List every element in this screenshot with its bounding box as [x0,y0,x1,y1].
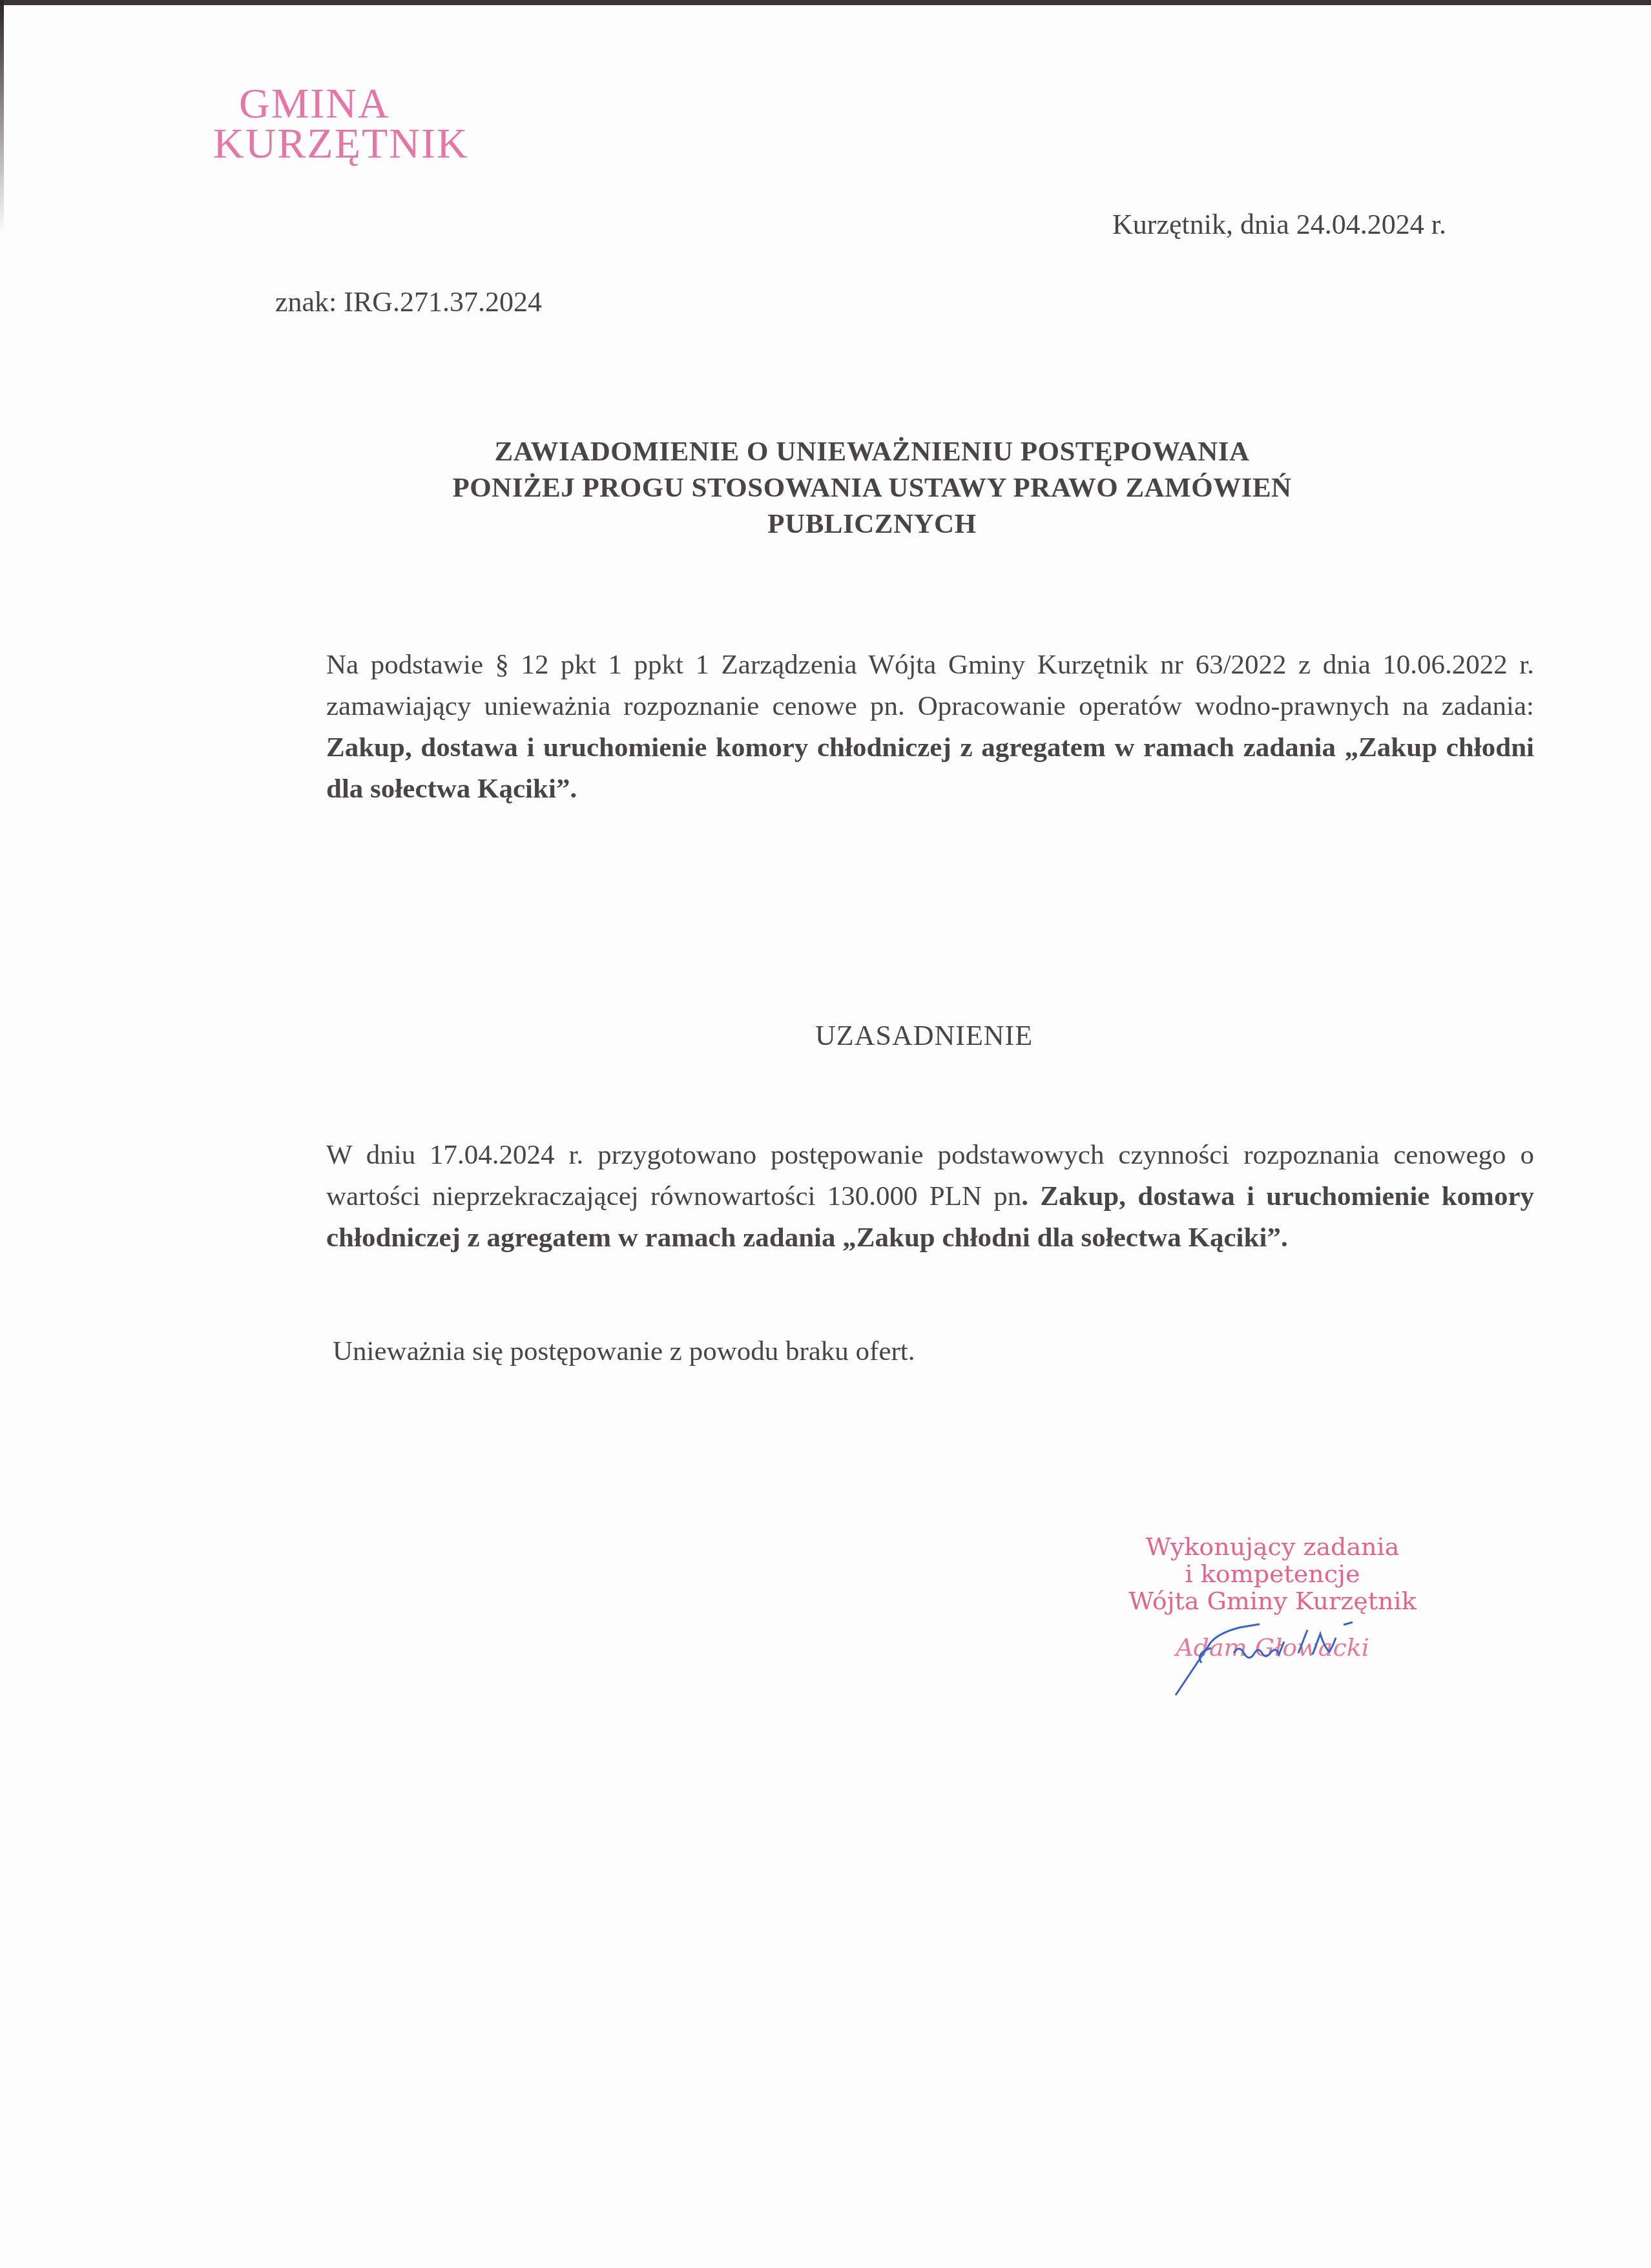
title-line-3: PUBLICZNYCH [336,506,1408,542]
scan-edge-top [0,0,1651,5]
title-line-1: ZAWIADOMIENIE O UNIEWAŻNIENIU POSTĘPOWAN… [336,434,1408,470]
signature-line-2: i kompetencje [1098,1560,1447,1587]
signature-line-1: Wykonujący zadania [1098,1533,1447,1560]
decision-subject: Zakup, dostawa i uruchomienie komory chł… [326,732,1534,804]
justification-paragraph: W dniu 17.04.2024 r. przygotowano postęp… [326,1135,1534,1259]
handwritten-signature-icon [1163,1608,1395,1698]
document-title: ZAWIADOMIENIE O UNIEWAŻNIENIU POSTĘPOWAN… [336,434,1408,542]
stamp-line-1: GMINA [213,84,491,124]
place-and-date: Kurzętnik, dnia 24.04.2024 r. [1112,208,1446,241]
reference-number: znak: IRG.271.37.2024 [275,285,542,318]
stamp-line-2: KURZĘTNIK [213,124,491,164]
decision-paragraph: Na podstawie § 12 pkt 1 ppkt 1 Zarządzen… [326,644,1534,810]
justification-heading: UZASADNIENIE [815,1019,1033,1052]
scan-edge-left [0,0,4,232]
title-line-2: PONIŻEJ PROGU STOSOWANIA USTAWY PRAWO ZA… [336,470,1408,506]
decision-text: Na podstawie § 12 pkt 1 ppkt 1 Zarządzen… [326,650,1534,721]
municipality-stamp: GMINA KURZĘTNIK [213,84,491,164]
cancellation-statement: Unieważnia się postępowanie z powodu bra… [333,1335,915,1367]
